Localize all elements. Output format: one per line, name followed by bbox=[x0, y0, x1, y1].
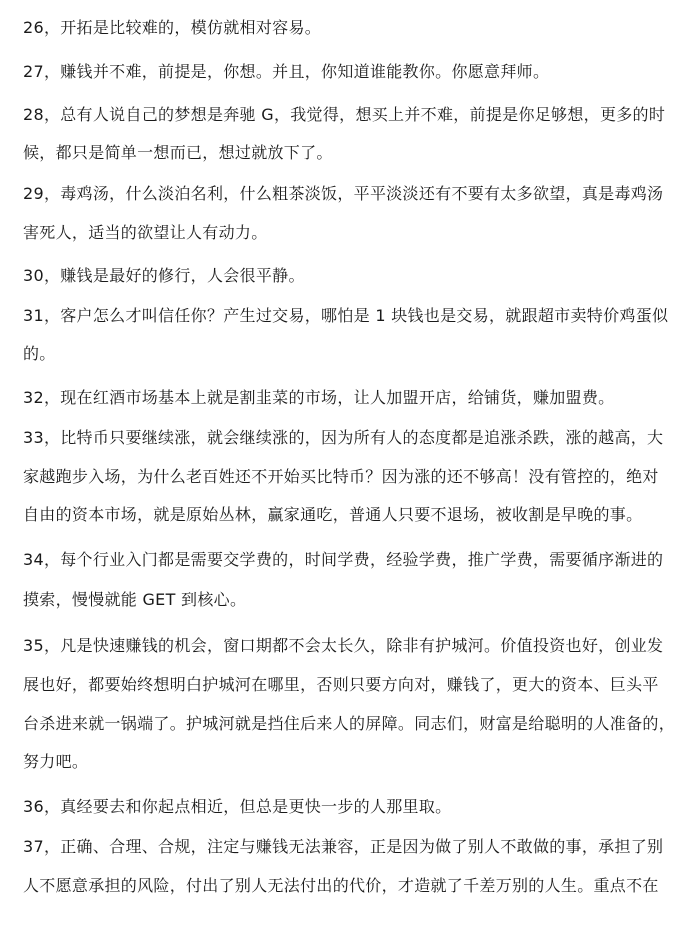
text-line: 28，总有人说自己的梦想是奔驰 G，我觉得，想买上并不难，前提是你足够想，更多的… bbox=[23, 105, 665, 125]
text-line: 展也好，都要始终想明白护城河在哪里，否则只要方向对，赚钱了，更大的资本、巨头平 bbox=[23, 675, 659, 695]
text-line: 害死人，适当的欲望让人有动力。 bbox=[23, 223, 268, 243]
text-line: 候，都只是简单一想而已，想过就放下了。 bbox=[23, 143, 333, 163]
text-line: 33，比特币只要继续涨，就会继续涨的，因为所有人的态度都是追涨杀跌，涨的越高，大 bbox=[23, 428, 663, 448]
text-line: 29，毒鸡汤，什么淡泊名利，什么粗茶淡饭，平平淡淡还有不要有太多欲望，真是毒鸡汤 bbox=[23, 184, 663, 204]
text-line: 27，赚钱并不难，前提是，你想。并且，你知道谁能教你。你愿意拜师。 bbox=[23, 62, 549, 82]
text-line: 30，赚钱是最好的修行，人会很平静。 bbox=[23, 266, 305, 286]
text-line: 31，客户怎么才叫信任你？产生过交易，哪怕是 1 块钱也是交易，就跟超市卖特价鸡… bbox=[23, 306, 668, 326]
text-line: 36，真经要去和你起点相近，但总是更快一步的人那里取。 bbox=[23, 797, 451, 817]
text-line: 35，凡是快速赚钱的机会，窗口期都不会太长久，除非有护城河。价值投资也好，创业发 bbox=[23, 636, 663, 656]
text-line: 家越跑步入场，为什么老百姓还不开始买比特币？因为涨的还不够高！没有管控的，绝对 bbox=[23, 467, 659, 487]
text-line: 台杀进来就一锅端了。护城河就是挡住后来人的屏障。同志们，财富是给聪明的人准备的， bbox=[23, 714, 675, 734]
text-line: 的。 bbox=[23, 344, 56, 364]
text-line: 26，开拓是比较难的，模仿就相对容易。 bbox=[23, 18, 321, 38]
text-line: 自由的资本市场，就是原始丛林，赢家通吃，普通人只要不退场，被收割是早晚的事。 bbox=[23, 505, 642, 525]
text-line: 34，每个行业入门都是需要交学费的，时间学费，经验学费，推广学费，需要循序渐进的 bbox=[23, 550, 663, 570]
text-line: 人不愿意承担的风险，付出了别人无法付出的代价，才造就了千差万别的人生。重点不在 bbox=[23, 876, 659, 896]
text-line: 摸索，慢慢就能 GET 到核心。 bbox=[23, 590, 246, 610]
text-line: 37，正确、合理、合规，注定与赚钱无法兼容，正是因为做了别人不敢做的事，承担了别 bbox=[23, 837, 663, 857]
text-line: 努力吧。 bbox=[23, 752, 88, 772]
text-line: 32，现在红酒市场基本上就是割韭菜的市场，让人加盟开店，给铺货，赚加盟费。 bbox=[23, 388, 614, 408]
